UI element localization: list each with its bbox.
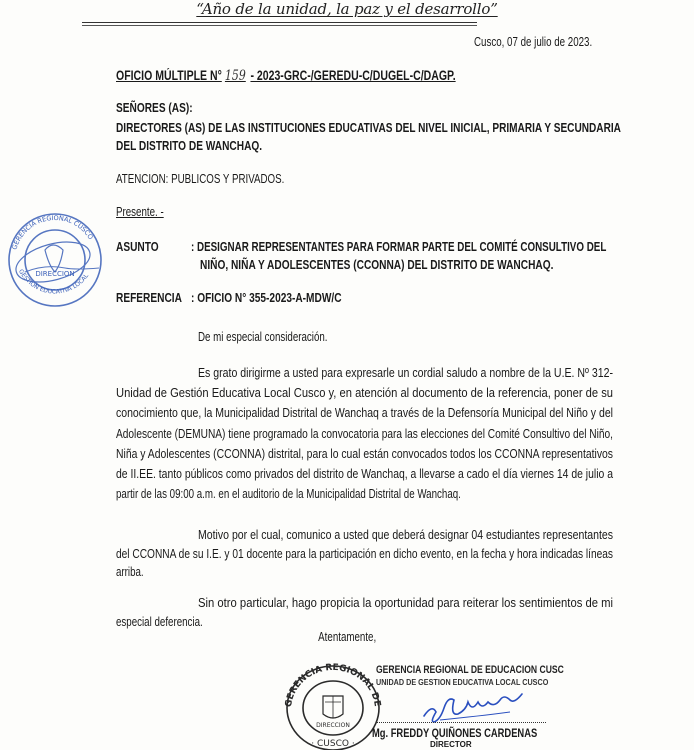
paragraph-line: arriba. xyxy=(116,565,613,579)
svg-text:DIRECCION: DIRECCION xyxy=(316,722,350,729)
oficio-reference: OFICIO MÚLTIPLE N°159- 2023-GRC-/GEREDU-… xyxy=(116,68,456,84)
signatory-role: DIRECTOR xyxy=(430,740,472,749)
paragraph-line: del CCONNA de su I.E. y 01 docente para … xyxy=(116,547,613,561)
oficio-suffix: - 2023-GRC-/GEREDU-C/DUGEL-C/DAGP. xyxy=(250,68,455,83)
attention-line: ATENCION: PUBLICOS Y PRIVADOS. xyxy=(116,172,284,186)
paragraph-line: especial deferencia. xyxy=(116,615,613,629)
referencia-value: : OFICIO N° 355-2023-A-MDW/C xyxy=(191,290,342,305)
paragraph-line: Niña y Adolescentes (CCONNA) distrital, … xyxy=(116,447,613,461)
asunto-value-line-1: : DESIGNAR REPRESENTANTES PARA FORMAR PA… xyxy=(191,239,606,254)
svg-text:DIRECCION: DIRECCION xyxy=(35,270,74,278)
paragraph-line: Adolescente (DEMUNA) tiene programado la… xyxy=(116,427,613,441)
paragraph-line: Es grato dirigirme a usted para expresar… xyxy=(198,366,613,380)
paragraph-line: Sin otro particular, hago propicia la op… xyxy=(198,596,613,610)
paragraph-line: Motivo por el cual, comunico a usted que… xyxy=(198,528,613,542)
asunto-value-line-2: NIÑO, NIÑA Y ADOLESCENTES (CCONNA) DEL D… xyxy=(200,257,553,272)
header-rule-thin xyxy=(82,25,477,26)
paragraph-line: conocimiento que, la Municipalidad Distr… xyxy=(116,406,613,420)
institution-seal-bottom-icon: GERENCIA REGIONAL DE EDUCACION DIRECCION… xyxy=(283,662,383,750)
paragraph-line: partir de las 09:00 a.m. en el auditorio… xyxy=(116,487,613,501)
signature-line xyxy=(376,722,546,723)
header-rule xyxy=(82,22,477,23)
signature-org-line-2: UNIDAD DE GESTION EDUCATIVA LOCAL CUSCO xyxy=(376,677,548,687)
closing-text: Atentamente, xyxy=(318,630,376,644)
signatory-name: Mg. FREDDY QUIÑONES CARDENAS xyxy=(372,726,537,740)
greeting: De mi especial consideración. xyxy=(198,330,328,344)
referencia-label: REFERENCIA xyxy=(116,290,182,305)
svg-text:· CUSCO ·: · CUSCO · xyxy=(311,739,354,749)
paragraph-line: Unidad de Gestión Educativa Local Cusco … xyxy=(116,386,613,400)
closing: Atentamente, xyxy=(0,628,694,646)
addressee-line-2: DEL DISTRITO DE WANCHAQ. xyxy=(116,138,262,153)
addressee-salutation: SEÑORES (AS): xyxy=(116,100,193,115)
handwritten-signature-icon xyxy=(420,690,540,726)
signature-org-line-1: GERENCIA REGIONAL DE EDUCACION CUSC xyxy=(376,664,564,676)
institution-seal-left-icon: DIRECCION GERENCIA REGIONAL CUSCO GESTIO… xyxy=(5,210,105,310)
svg-text:GERENCIA REGIONAL DE EDUCACION: GERENCIA REGIONAL DE EDUCACION xyxy=(283,662,382,710)
addressee-line-1: DIRECTORES (AS) DE LAS INSTITUCIONES EDU… xyxy=(116,120,621,135)
oficio-prefix: OFICIO MÚLTIPLE N° xyxy=(116,68,222,83)
document-date: Cusco, 07 de julio de 2023. xyxy=(474,35,592,49)
asunto-label: ASUNTO xyxy=(116,239,159,254)
oficio-handwritten-number: 159 xyxy=(225,68,246,84)
header-motto: “Año de la unidad, la paz y el desarroll… xyxy=(0,0,694,18)
paragraph-line: de II.EE. tanto públicos como privados d… xyxy=(116,467,613,481)
presente-line: Presente. - xyxy=(116,205,164,219)
